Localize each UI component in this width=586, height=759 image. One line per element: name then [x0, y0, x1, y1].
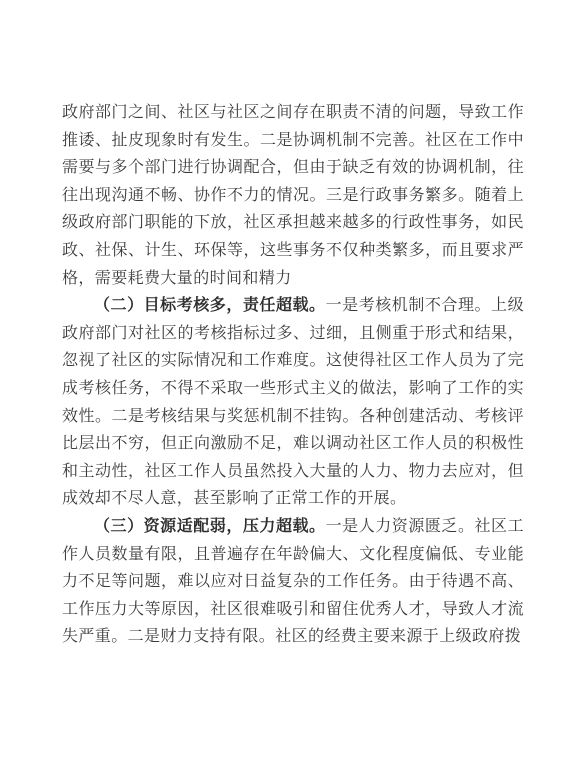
paragraph-section-3-heading: （三）资源适配弱，压力超载。 — [94, 518, 326, 535]
paragraph-section-3-body: 一是人力资源匮乏。社区工作人员数量有限，且普遍存在年龄偏大、文化程度偏低、专业能… — [62, 518, 524, 645]
paragraph-section-2-heading: （二）目标考核多，责任超载。 — [94, 297, 326, 314]
paragraph-continuation-text: 政府部门之间、社区与社区之间存在职责不清的问题，导致工作推诿、扯皮现象时有发生。… — [62, 104, 524, 287]
paragraph-section-2: （二）目标考核多，责任超载。一是考核机制不合理。上级政府部门对社区的考核指标过多… — [62, 292, 524, 513]
paragraph-continuation: 政府部门之间、社区与社区之间存在职责不清的问题，导致工作推诿、扯皮现象时有发生。… — [62, 99, 524, 292]
paragraph-section-3: （三）资源适配弱，压力超载。一是人力资源匮乏。社区工作人员数量有限，且普遍存在年… — [62, 513, 524, 651]
document-page: 政府部门之间、社区与社区之间存在职责不清的问题，导致工作推诿、扯皮现象时有发生。… — [0, 0, 586, 759]
paragraph-section-2-body: 一是考核机制不合理。上级政府部门对社区的考核指标过多、过细，且侧重于形式和结果，… — [62, 297, 524, 507]
document-body-text: 政府部门之间、社区与社区之间存在职责不清的问题，导致工作推诿、扯皮现象时有发生。… — [62, 99, 524, 651]
